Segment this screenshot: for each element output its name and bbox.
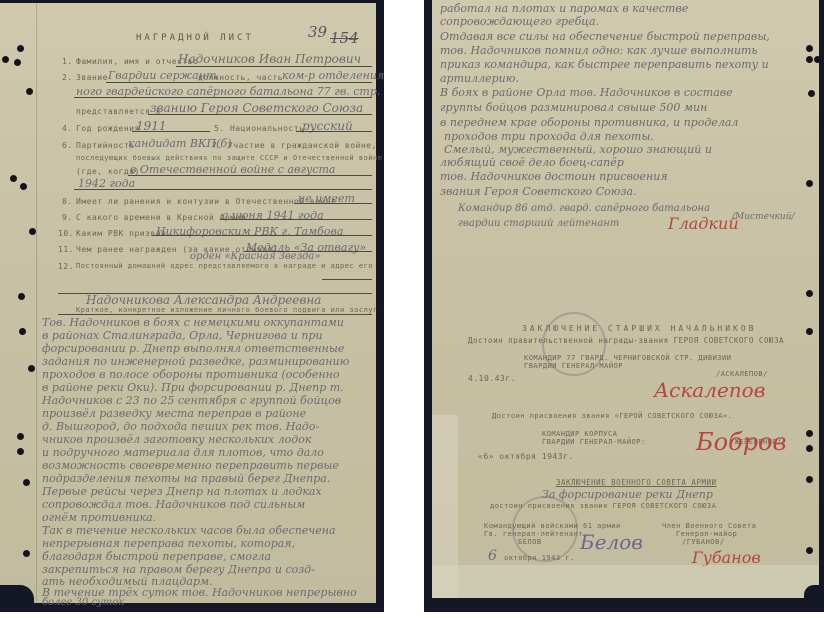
left-page-scan: НАГРАДНОЙ ЛИСТ 39 154 1. Фамилия, имя и … (0, 0, 384, 612)
right-page-scan: работал на плотах и паромах в качестве с… (424, 0, 824, 612)
binding-hole (17, 448, 24, 455)
field-label-service: С какого времени в Красной Армии (76, 213, 246, 222)
field-num: 8. (62, 197, 73, 206)
corps-commander-rank: ГВАРДИИ ГЕНЕРАЛ-МАЙОР: (542, 438, 646, 446)
narrative-line: непрерывная переправа пехоты, которая, (42, 537, 295, 550)
narrative-line: более 30 суток (42, 597, 124, 608)
field-label-address: Постоянный домашний адрес представляемог… (76, 262, 373, 270)
council-member-title: Член Военного Совета (662, 522, 756, 530)
binding-hole (17, 45, 24, 52)
field-label-position: должность, часть (198, 73, 283, 82)
narrative-line: тов. Надочников помнил одно: как лучше в… (440, 44, 757, 57)
field-num: 2. (62, 73, 73, 82)
field-value-rvk: Никифоровским РВК г. Тамбова (156, 225, 343, 238)
field-num: 1. (62, 57, 73, 66)
narrative-line: Отдавая все силы на обеспечение быстрой … (440, 30, 770, 43)
binding-hole (806, 430, 813, 437)
field-value-name: Надочников Иван Петрович (178, 52, 361, 66)
binding-hole (806, 328, 813, 335)
narrative-line: Первые рейсы через Днепр на плотах и лод… (42, 485, 322, 498)
fold-line (36, 3, 37, 603)
date-corps: «6» октября 1943г. (478, 452, 574, 461)
division-commander-name: /АСКАЛЕПОВ/ (716, 370, 768, 378)
binding-hole (26, 88, 33, 95)
field-label-civil-war: 7. Участие в гражданской войне, (212, 141, 377, 150)
narrative-line: огнём противника. (42, 511, 156, 524)
binding-hole (814, 56, 821, 63)
paper-repair-strip (432, 415, 458, 598)
field-label-rank: Звание (76, 73, 108, 82)
narrative-line: Смелый, мужественный, хорошо знающий и (444, 143, 712, 156)
army-commander-signature: Белов (580, 530, 643, 554)
narrative-line: проходов три прохода для пехоты. (444, 130, 654, 143)
division-commander-signature: Аскалепов (654, 378, 765, 402)
council-member-rank: Генерал-майор (676, 530, 737, 538)
narrative-line: д. Вышгород, до подхода пеших рек тов. Н… (42, 420, 319, 433)
narrative-line: звания Героя Советского Союза. (440, 185, 637, 198)
document-title: НАГРАДНОЙ ЛИСТ (136, 33, 254, 43)
binding-hole (28, 365, 35, 372)
army-council-handwritten: За форсирование реки Днепр (542, 488, 713, 501)
binding-hole (808, 90, 815, 97)
narrative-line: в районе реки Оки). При форсировании р. … (42, 381, 344, 394)
narrative-line: группы бойцов разминировал свыше 500 мин (440, 101, 707, 114)
binding-hole (806, 445, 813, 452)
division-commander-line: КОМАНДИР 77 ГВАРД. ЧЕРНИГОВСКОЙ СТР. ДИВ… (524, 354, 731, 362)
binding-hole (2, 56, 9, 63)
commander-signature: Гладкий (668, 214, 739, 233)
binding-hole (806, 45, 813, 52)
binding-hole (17, 433, 24, 440)
narrative-line: работал на плотах и паромах в качестве (440, 2, 688, 15)
narrative-line: благодаря быстрой переправе, смогла (42, 550, 271, 563)
narrative-line: тов. Надочников достоин присвоения (440, 170, 668, 183)
archive-number: 39 (308, 23, 327, 41)
conclusion-line: Достоин правительственной награды-звания… (468, 336, 784, 345)
field-label-party: Партийность (76, 141, 134, 150)
narrative-line: возможность своевременно переправить пер… (42, 459, 339, 472)
paper-repair-strip (432, 565, 819, 598)
date-army-day: 6 (488, 548, 497, 564)
army-commander-rank: Гв. генерал-лейтенант (484, 530, 583, 538)
field-label-rvk: Каким РВК призван (76, 229, 166, 238)
field-label-combat: последующих боевых действиях по защите С… (76, 154, 382, 162)
binding-hole (18, 293, 25, 300)
narrative-line: в переднем крае обороны противника, и пр… (440, 116, 738, 129)
narrative-line: сопровождающего гребца. (440, 15, 599, 28)
narrative-line: Так в течение нескольких часов была обес… (42, 524, 336, 537)
binding-hole (14, 59, 21, 66)
archive-number-crossed: 154 (330, 29, 359, 47)
commander-name: /Мистечкий/ (732, 212, 795, 222)
army-commander-title: Командующий войсками 61 армии (484, 522, 621, 530)
narrative-line: артиллерию. (440, 72, 519, 85)
field-num: 11. (58, 245, 74, 254)
binding-hole (20, 183, 27, 190)
binding-hole (806, 180, 813, 187)
field-value-service: с июня 1941 года (222, 209, 324, 222)
field-num: 12. (58, 262, 74, 271)
division-commander-rank: ГВАРДИИ ГЕНЕРАЛ-МАЙОР (524, 362, 623, 370)
binding-hole (806, 547, 813, 554)
narrative-line: задания по инженерной разведке, разминир… (42, 355, 349, 368)
narrative-line: в районах Сталинграда, Орла, Чернигова и… (42, 329, 323, 342)
narrative-line: произвёл разведку места переправ в район… (42, 407, 306, 420)
narrative-line: приказ командира, как быстрее переправит… (440, 58, 769, 71)
corps-worthy-line: Достоин присвоения звания «ГЕРОЙ СОВЕТСК… (492, 412, 732, 420)
torn-corner (804, 585, 824, 612)
army-commander-name: БЕЛОВ (518, 538, 542, 546)
torn-corner (0, 585, 34, 612)
field-value-awards-extra: орден «Красная Звезда» (190, 251, 320, 262)
date-army: октября 1943 г. (504, 554, 575, 562)
conclusion-header: ЗАКЛЮЧЕНИЕ СТАРШИХ НАЧАЛЬНИКОВ (522, 324, 757, 333)
council-member-name: /ГУБАНОВ/ (682, 538, 724, 546)
narrative-line: любящий своё дело боец-сапёр (440, 156, 624, 169)
narrative-line: В боях в районе Орла тов. Надочников в с… (440, 86, 733, 99)
army-council-header: ЗАКЛЮЧЕНИЕ ВОЕННОГО СОВЕТА АРМИИ (556, 478, 717, 487)
binding-hole (806, 476, 813, 483)
feat-section-header: Краткое, конкретное изложение личного бо… (76, 306, 378, 314)
binding-hole (19, 328, 26, 335)
binding-hole (806, 290, 813, 297)
family-address-line: Надочникова Александра Андреевна (86, 293, 321, 307)
narrative-line: проходов в полосе обороны противника (ос… (42, 368, 339, 381)
narrative-line: и подручного материала для плотов, что д… (42, 446, 324, 459)
binding-hole (10, 175, 17, 182)
field-num: 4. (62, 124, 73, 133)
narrative-line: Тов. Надочников в боях с немецкими оккуп… (42, 316, 344, 329)
date-division: 4.10.43г. (468, 374, 516, 383)
binding-hole (806, 56, 813, 63)
narrative-line: сопровождал тов. Надочников под сильным (42, 498, 305, 511)
binding-hole (23, 550, 30, 557)
narrative-line: подразделения пехоты на правый берег Дне… (42, 472, 330, 485)
binding-hole (23, 479, 30, 486)
right-paper-sheet: работал на плотах и паромах в качестве с… (432, 0, 819, 598)
field-num: 9. (62, 213, 73, 222)
field-label-nationality: 5. Национальность (214, 124, 304, 133)
field-value-position: ком-р отделения (282, 69, 384, 82)
left-paper-sheet: НАГРАДНОЙ ЛИСТ 39 154 1. Фамилия, имя и … (0, 3, 376, 603)
commander-title: Командир 86 отд. гвард. сапёрного баталь… (458, 203, 710, 214)
field-value-nominated: званию Героя Советского Союза (150, 101, 363, 115)
binding-hole (29, 228, 36, 235)
field-label-birth-year: Год рождения (76, 124, 140, 133)
field-num: 10. (58, 229, 74, 238)
corps-commander-title: КОМАНДИР КОРПУСА (542, 430, 617, 438)
narrative-line: Надочников с 23 по 25 сентября с группой… (42, 394, 341, 407)
corps-commander-signature: Бобров (696, 428, 787, 456)
commander-rank: гвардии старший лейтенант (458, 218, 619, 229)
field-num: 6. (62, 141, 73, 150)
narrative-line: форсировании р. Днепр выполнял ответстве… (42, 342, 344, 355)
narrative-line: чников произвёл заготовку нескольких лод… (42, 433, 311, 446)
